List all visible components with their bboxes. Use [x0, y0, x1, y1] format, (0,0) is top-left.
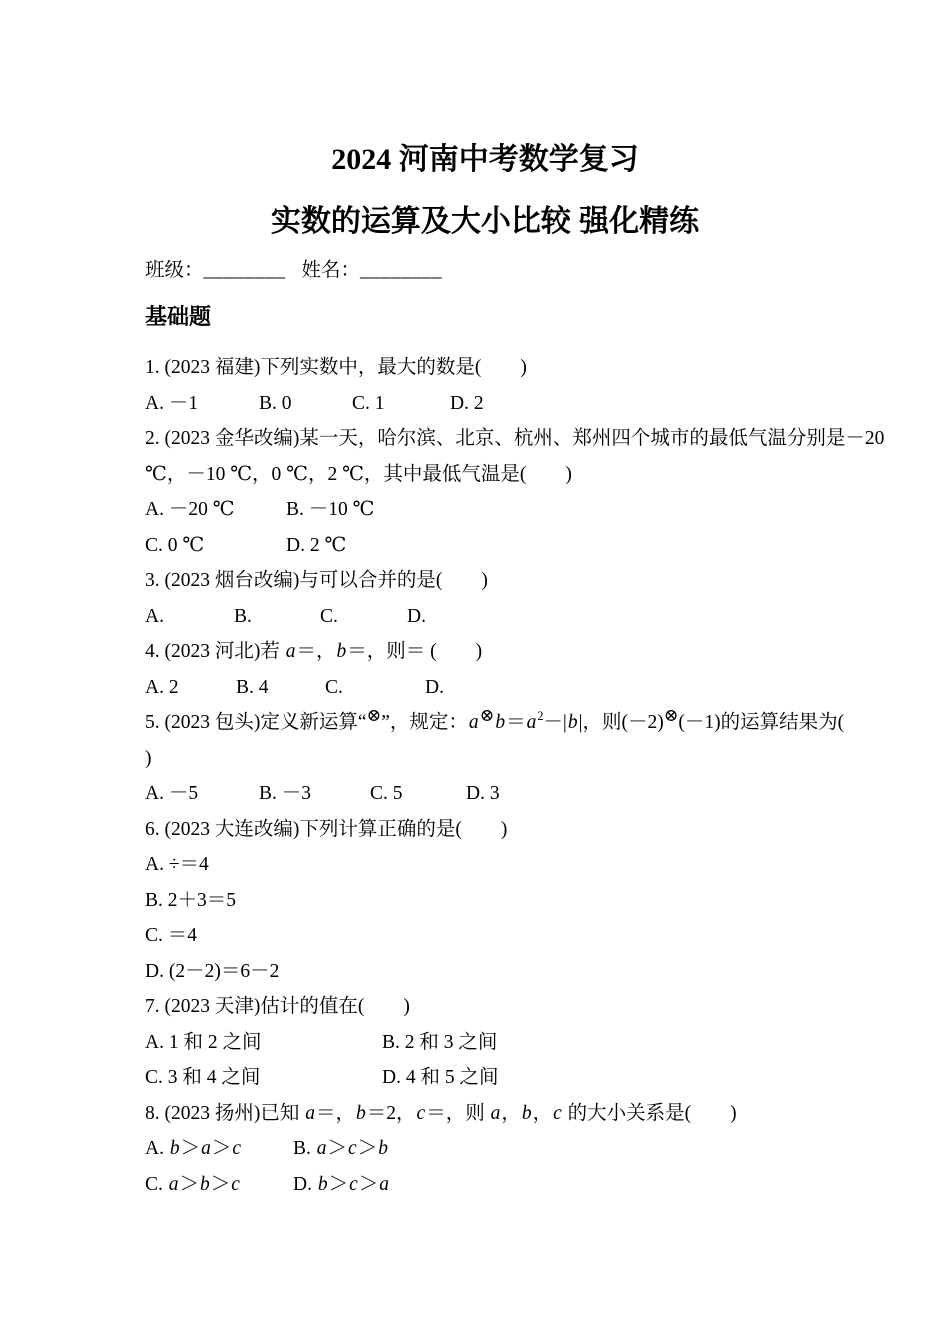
text-segment: 1. (2023 福建)下列实数中，最大的数是( )	[145, 357, 527, 378]
text-segment: 3. (2023 烟台改编)与可以合并的是( )	[145, 570, 488, 591]
text-segment: B. 4	[236, 677, 269, 698]
question-line: C. 0 ℃D. 2 ℃	[145, 528, 825, 564]
question-5: 5. (2023 包头)定义新运算“⊗”，规定：a⊗b＝a2－|b|，则(－2)…	[145, 705, 825, 812]
math-variable: a	[168, 1174, 180, 1195]
class-blank-field: ________	[204, 260, 286, 281]
math-variable: a	[526, 712, 538, 733]
math-variable: a	[285, 641, 297, 662]
student-info-line: 班级：________姓名：________	[145, 254, 458, 282]
option-cell: D. 3	[466, 776, 500, 812]
question-line: A. －5B. －3C. 5D. 3	[145, 776, 825, 812]
text-segment: 4. (2023 河北)若	[145, 641, 285, 662]
text-segment: ＞	[212, 1138, 232, 1159]
math-variable: b	[336, 641, 348, 662]
text-segment: C.	[320, 606, 338, 627]
math-variable: c	[230, 1174, 241, 1195]
page-title: 2024 河南中考数学复习	[145, 134, 825, 178]
text-segment: A. 1 和 2 之间	[145, 1032, 261, 1053]
text-segment: D.	[407, 606, 426, 627]
option-cell: A.	[145, 599, 234, 635]
question-text: 4. (2023 河北)若 a＝，b＝，则＝ ( )	[145, 634, 482, 670]
question-line: C. ＝4	[145, 918, 825, 954]
question-8: 8. (2023 扬州)已知 a＝，b＝2，c＝，则 a，b，c 的大小关系是(…	[145, 1096, 825, 1203]
text-segment: 2. (2023 金华改编)某一天，哈尔滨、北京、杭州、郑州四个城市的最低气温分…	[145, 428, 884, 449]
question-list: 1. (2023 福建)下列实数中，最大的数是( )A. －1B. 0C. 1D…	[145, 350, 825, 1202]
text-segment: ，	[501, 1103, 521, 1124]
text-segment: A. ÷＝4	[145, 854, 209, 875]
text-segment: ＝，则	[426, 1103, 489, 1124]
option-cell: C. 0 ℃	[145, 528, 286, 564]
option-cell: D. b＞c＞a	[293, 1167, 390, 1203]
question-text: 1. (2023 福建)下列实数中，最大的数是( )	[145, 350, 527, 386]
math-variable: c	[347, 1138, 358, 1159]
question-line: A. 1 和 2 之间B. 2 和 3 之间	[145, 1025, 825, 1061]
text-segment: B.	[234, 606, 252, 627]
text-segment: D. (2－2)＝6－2	[145, 961, 279, 982]
text-segment: ＞	[329, 1174, 349, 1195]
text-segment: ＝，	[316, 1103, 355, 1124]
option-cell: D. 2	[450, 386, 484, 422]
section-header: 基础题	[145, 300, 211, 331]
text-segment: 的大小关系是( )	[563, 1103, 737, 1124]
text-segment: ＞	[180, 1174, 200, 1195]
text-segment: A.	[145, 606, 164, 627]
text-segment: 7. (2023 天津)估计的值在( )	[145, 996, 410, 1017]
question-line: A.B.C.D.	[145, 599, 825, 635]
math-variable: a	[490, 1103, 502, 1124]
name-label: 姓名：	[302, 260, 361, 281]
math-variable: a	[468, 712, 480, 733]
option-cell: D. 2 ℃	[286, 528, 346, 564]
text-segment: C.	[325, 677, 343, 698]
option-cell: B. 0	[259, 386, 352, 422]
option-cell: D.	[425, 670, 444, 706]
text-segment: ＞	[181, 1138, 201, 1159]
question-line: A. 2B. 4C.D.	[145, 670, 825, 706]
question-line: C. a＞b＞cD. b＞c＞a	[145, 1167, 825, 1203]
question-line: A. b＞a＞cB. a＞c＞b	[145, 1131, 825, 1167]
math-variable: b	[199, 1174, 211, 1195]
question-6: 6. (2023 大连改编)下列计算正确的是( )A. ÷＝4B. 2＋3＝5C…	[145, 812, 825, 990]
option-cell: C.	[325, 670, 425, 706]
text-segment: ＝	[506, 712, 526, 733]
question-text: 6. (2023 大连改编)下列计算正确的是( )	[145, 812, 507, 848]
text-segment: ＝，则＝ ( )	[347, 641, 482, 662]
math-variable: c	[348, 1174, 359, 1195]
text-segment: D. 3	[466, 783, 500, 804]
math-variable: b	[494, 712, 506, 733]
text-segment: D.	[293, 1174, 317, 1195]
question-text: 2. (2023 金华改编)某一天，哈尔滨、北京、杭州、郑州四个城市的最低气温分…	[145, 421, 884, 457]
name-blank-field: ________	[360, 260, 442, 281]
text-segment: |，则(－2)	[579, 712, 664, 733]
question-text: )	[145, 741, 152, 777]
question-line: A. －1B. 0C. 1D. 2	[145, 386, 825, 422]
option-cell: C. a＞b＞c	[145, 1167, 293, 1203]
math-variable: b	[567, 712, 579, 733]
math-variable: a	[304, 1103, 316, 1124]
text-segment: ＞	[358, 1138, 378, 1159]
option-cell: A. －20 ℃	[145, 492, 286, 528]
option-cell: A. －1	[145, 386, 259, 422]
option-cell: A. 1 和 2 之间	[145, 1025, 382, 1061]
question-line: 4. (2023 河北)若 a＝，b＝，则＝ ( )	[145, 634, 825, 670]
question-line: 6. (2023 大连改编)下列计算正确的是( )	[145, 812, 825, 848]
option-cell: C.	[320, 599, 407, 635]
text-segment: 5. (2023 包头)定义新运算“	[145, 712, 367, 733]
question-2: 2. (2023 金华改编)某一天，哈尔滨、北京、杭州、郑州四个城市的最低气温分…	[145, 421, 825, 563]
text-segment: ，	[533, 1103, 553, 1124]
text-segment: ＝2，	[367, 1103, 416, 1124]
text-segment: B. 2 和 3 之间	[382, 1032, 497, 1053]
text-segment: D.	[425, 677, 444, 698]
question-line: )	[145, 741, 825, 777]
text-segment: A. －20 ℃	[145, 499, 235, 520]
text-segment: A.	[145, 1138, 169, 1159]
option-cell: C. 5	[370, 776, 466, 812]
page-subtitle: 实数的运算及大小比较 强化精练	[145, 196, 825, 240]
option-cell: B. 2 和 3 之间	[382, 1025, 497, 1061]
math-variable: b	[169, 1138, 181, 1159]
question-line: 5. (2023 包头)定义新运算“⊗”，规定：a⊗b＝a2－|b|，则(－2)…	[145, 705, 825, 741]
text-segment: ”，规定：	[381, 712, 468, 733]
text-segment: C. 0 ℃	[145, 535, 204, 556]
text-segment: )	[145, 748, 152, 769]
math-variable: c	[416, 1103, 427, 1124]
math-variable: b	[355, 1103, 367, 1124]
text-segment: B. －3	[259, 783, 311, 804]
question-line: A. ÷＝4	[145, 847, 825, 883]
question-text: C. ＝4	[145, 918, 197, 954]
question-3: 3. (2023 烟台改编)与可以合并的是( )A.B.C.D.	[145, 563, 825, 634]
option-cell: B. a＞c＞b	[293, 1131, 389, 1167]
text-segment: D. 4 和 5 之间	[382, 1067, 498, 1088]
text-segment: D. 2 ℃	[286, 535, 346, 556]
question-7: 7. (2023 天津)估计的值在( )A. 1 和 2 之间B. 2 和 3 …	[145, 989, 825, 1096]
text-segment: B. 0	[259, 393, 292, 414]
class-label: 班级：	[145, 260, 204, 281]
text-segment: ＞	[328, 1138, 348, 1159]
option-cell: C. 3 和 4 之间	[145, 1060, 382, 1096]
text-segment: (－1)的运算结果为(	[678, 712, 844, 733]
math-variable: c	[552, 1103, 563, 1124]
math-variable: a	[200, 1138, 212, 1159]
question-text: ℃，－10 ℃，0 ℃，2 ℃，其中最低气温是( )	[145, 457, 572, 493]
question-4: 4. (2023 河北)若 a＝，b＝，则＝ ( )A. 2B. 4C.D.	[145, 634, 825, 705]
text-segment: A. －5	[145, 783, 198, 804]
text-segment: ＞	[359, 1174, 379, 1195]
math-variable: a	[378, 1174, 390, 1195]
text-segment: －|	[543, 712, 566, 733]
math-variable: b	[317, 1174, 329, 1195]
question-line: ℃，－10 ℃，0 ℃，2 ℃，其中最低气温是( )	[145, 457, 825, 493]
text-segment: ＝，	[297, 641, 336, 662]
option-cell: A. －5	[145, 776, 259, 812]
question-line: 3. (2023 烟台改编)与可以合并的是( )	[145, 563, 825, 599]
question-text: 8. (2023 扬州)已知 a＝，b＝2，c＝，则 a，b，c 的大小关系是(…	[145, 1096, 737, 1132]
text-segment: ℃，－10 ℃，0 ℃，2 ℃，其中最低气温是( )	[145, 464, 572, 485]
question-line: C. 3 和 4 之间D. 4 和 5 之间	[145, 1060, 825, 1096]
question-text: D. (2－2)＝6－2	[145, 954, 279, 990]
math-variable: a	[316, 1138, 328, 1159]
text-segment: A. －1	[145, 393, 198, 414]
question-1: 1. (2023 福建)下列实数中，最大的数是( )A. －1B. 0C. 1D…	[145, 350, 825, 421]
text-segment: C. 1	[352, 393, 385, 414]
text-segment: ＞	[211, 1174, 231, 1195]
question-line: 8. (2023 扬州)已知 a＝，b＝2，c＝，则 a，b，c 的大小关系是(…	[145, 1096, 825, 1132]
text-segment: 8. (2023 扬州)已知	[145, 1103, 304, 1124]
question-line: A. －20 ℃B. －10 ℃	[145, 492, 825, 528]
option-cell: C. 1	[352, 386, 450, 422]
question-text: A. ÷＝4	[145, 847, 209, 883]
math-variable: c	[231, 1138, 242, 1159]
option-cell: A. 2	[145, 670, 236, 706]
text-segment: C.	[145, 1174, 168, 1195]
question-text: 3. (2023 烟台改编)与可以合并的是( )	[145, 563, 488, 599]
text-segment: D. 2	[450, 393, 484, 414]
option-cell: B. －10 ℃	[286, 492, 374, 528]
text-segment: C. 5	[370, 783, 403, 804]
question-line: 7. (2023 天津)估计的值在( )	[145, 989, 825, 1025]
option-cell: A. b＞a＞c	[145, 1131, 293, 1167]
question-line: 1. (2023 福建)下列实数中，最大的数是( )	[145, 350, 825, 386]
text-segment: B. －10 ℃	[286, 499, 374, 520]
math-variable: b	[377, 1138, 389, 1159]
question-text: B. 2＋3＝5	[145, 883, 236, 919]
question-line: B. 2＋3＝5	[145, 883, 825, 919]
option-cell: B. －3	[259, 776, 370, 812]
text-segment: C. ＝4	[145, 925, 197, 946]
question-text: 5. (2023 包头)定义新运算“⊗”，规定：a⊗b＝a2－|b|，则(－2)…	[145, 705, 844, 741]
text-segment: 6. (2023 大连改编)下列计算正确的是( )	[145, 819, 507, 840]
math-variable: b	[521, 1103, 533, 1124]
text-segment: B. 2＋3＝5	[145, 890, 236, 911]
option-cell: D.	[407, 599, 426, 635]
option-cell: B.	[234, 599, 320, 635]
option-cell: D. 4 和 5 之间	[382, 1060, 498, 1096]
option-cell: B. 4	[236, 670, 325, 706]
question-line: D. (2－2)＝6－2	[145, 954, 825, 990]
question-text: 7. (2023 天津)估计的值在( )	[145, 989, 410, 1025]
question-line: 2. (2023 金华改编)某一天，哈尔滨、北京、杭州、郑州四个城市的最低气温分…	[145, 421, 825, 457]
text-segment: C. 3 和 4 之间	[145, 1067, 260, 1088]
text-segment: A. 2	[145, 677, 179, 698]
worksheet-page: 2024 河南中考数学复习 实数的运算及大小比较 强化精练 班级：_______…	[0, 0, 950, 1344]
text-segment: B.	[293, 1138, 316, 1159]
